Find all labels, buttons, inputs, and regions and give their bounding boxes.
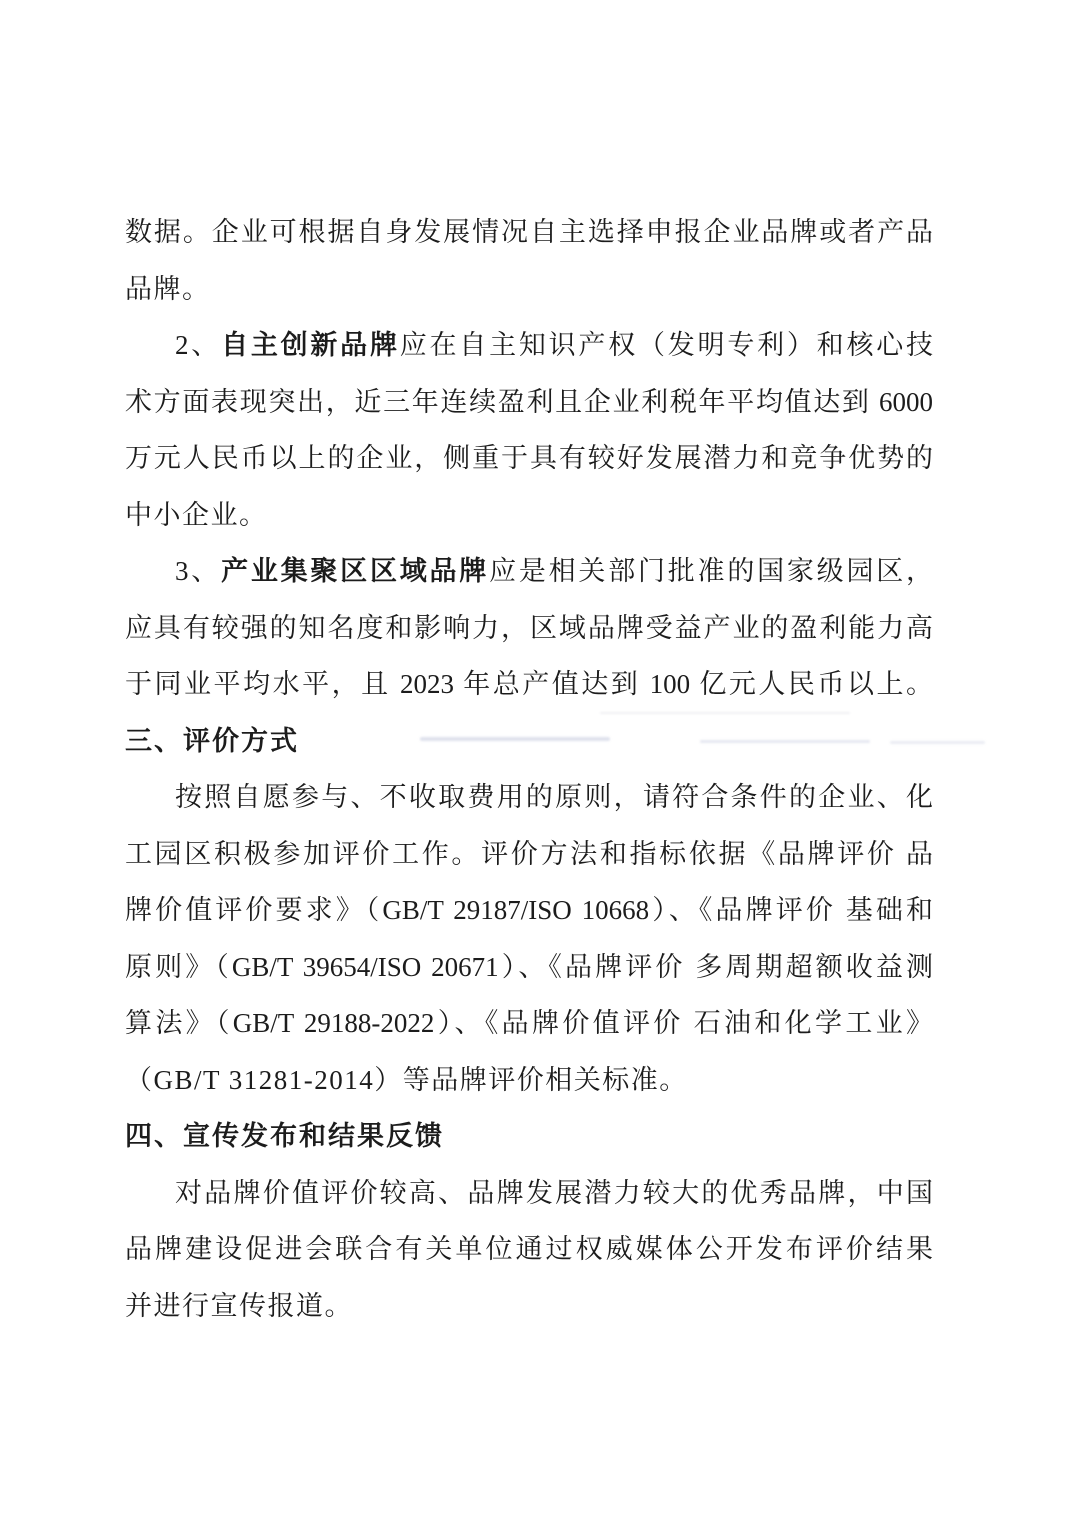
text-line: 数据。企业可根据自身发展情况自主选择申报企业品牌或者产品 (125, 204, 933, 261)
text-line: 品牌建设促进会联合有关单位通过权威媒体公开发布评价结果 (125, 1221, 933, 1278)
text-block: 数据。企业可根据自身发展情况自主选择申报企业品牌或者产品 品牌。 2、自主创新品… (125, 204, 933, 1334)
text-line: 于同业平均水平，且 2023 年总产值达到 100 亿元人民币以上。 (125, 656, 933, 713)
text-line: 万元人民币以上的企业，侧重于具有较好发展潜力和竞争优势的 (125, 430, 933, 487)
text-line: 术方面表现突出，近三年连续盈利且企业利税年平均值达到 6000 (125, 374, 933, 431)
line-text: 应在自主知识产权（发明专利）和核心技 (400, 330, 933, 360)
paragraph-end-line: 并进行宣传报道。 (125, 1278, 933, 1335)
paragraph-end-line: 品牌。 (125, 261, 933, 318)
text-line: 对品牌价值评价较高、品牌发展潜力较大的优秀品牌，中国 (125, 1165, 933, 1222)
text-line: 工园区积极参加评价工作。评价方法和指标依据《品牌评价 品 (125, 826, 933, 883)
text-line: 应具有较强的知名度和影响力，区域品牌受益产业的盈利能力高 (125, 600, 933, 657)
line-text: 应是相关部门批准的国家级园区， (489, 556, 933, 586)
list-item-2: 2、自主创新品牌应在自主知识产权（发明专利）和核心技 (125, 317, 933, 374)
section-heading-evaluation-method: 三、评价方式 (125, 713, 933, 770)
text-line-standard-gbt31281: （GB/T 31281-2014）等品牌评价相关标准。 (125, 1052, 933, 1109)
text-line: 按照自愿参与、不收取费用的原则，请符合条件的企业、化 (125, 769, 933, 826)
bold-term-cluster-brand: 产业集聚区区域品牌 (221, 556, 489, 586)
document-page: 数据。企业可根据自身发展情况自主选择申报企业品牌或者产品 品牌。 2、自主创新品… (0, 0, 1080, 1527)
bold-term-innovation-brand: 自主创新品牌 (221, 330, 400, 360)
section-heading-publicity-feedback: 四、宣传发布和结果反馈 (125, 1108, 933, 1165)
text-line-standard-gbt29188: 算法》（GB/T 29188-2022）、《品牌价值评价 石油和化学工业》 (125, 995, 933, 1052)
list-item-3: 3、产业集聚区区域品牌应是相关部门批准的国家级园区， (125, 543, 933, 600)
paragraph-end-line: 中小企业。 (125, 487, 933, 544)
text-line-standard-gbt39654: 原则》（GB/T 39654/ISO 20671）、《品牌评价 多周期超额收益测 (125, 939, 933, 996)
list-number: 3、 (175, 556, 221, 586)
list-number: 2、 (175, 330, 221, 360)
text-line-standard-gbt29187: 牌价值评价要求》（GB/T 29187/ISO 10668）、《品牌评价 基础和 (125, 882, 933, 939)
